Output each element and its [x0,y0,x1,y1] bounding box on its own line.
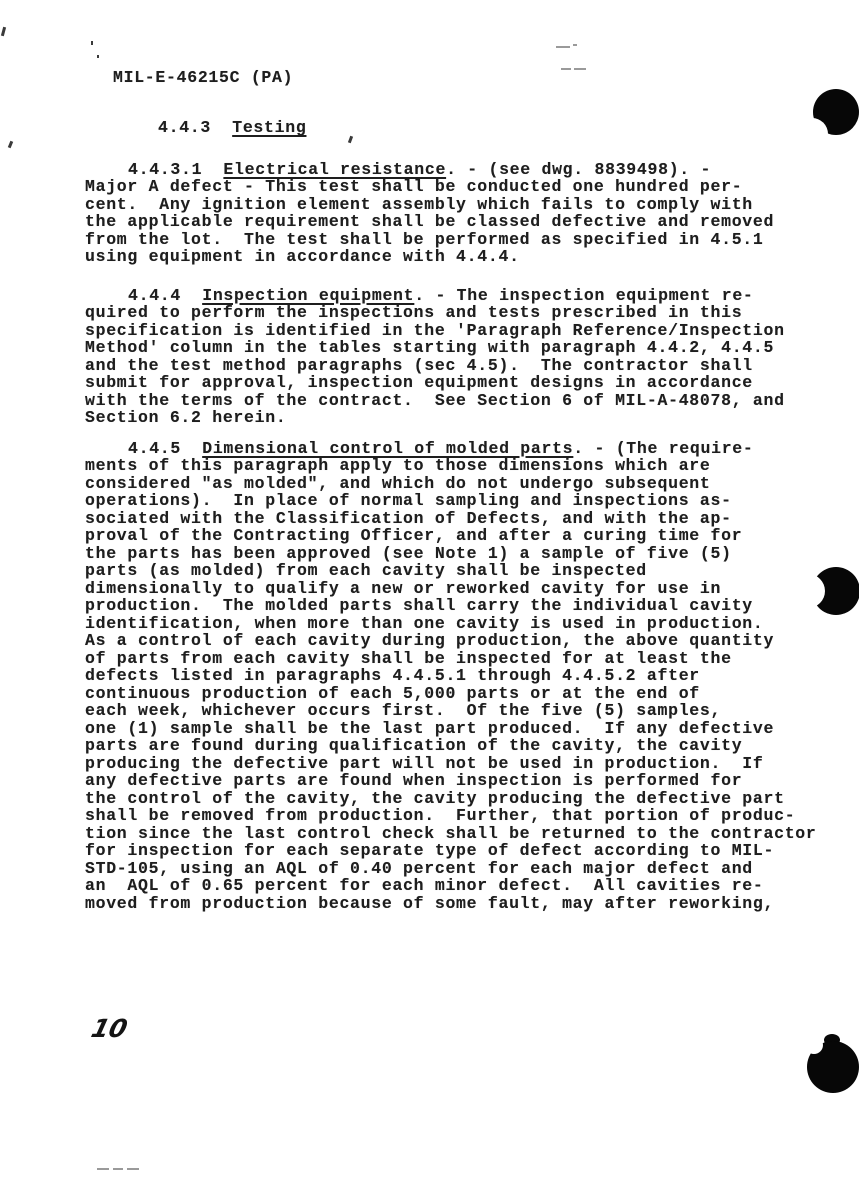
text-line: operations). In place of normal sampling… [85,492,859,510]
page-number: 10 [88,1014,130,1043]
text-line: specification is identified in the 'Para… [85,322,859,340]
text-line: from the lot. The test shall be performe… [85,231,859,249]
section-number: 4.4.4 [128,286,202,305]
scan-dash [574,68,586,70]
scan-speck [91,41,93,45]
text-line: the applicable requirement shall be clas… [85,213,859,231]
section-title: Electrical resistance [223,160,446,179]
text-line: any defective parts are found when inspe… [85,772,859,790]
punch-hole-bite [796,118,828,150]
document-body: 4.4.3 Testing4.4.3.1 Electrical resistan… [85,119,859,912]
section-title-suffix: . - The inspection equipment re- [414,286,753,305]
text-line: proval of the Contracting Officer, and a… [85,527,859,545]
text-line: moved from production because of some fa… [85,895,859,913]
section-heading-line: 4.4.3 Testing [85,119,859,137]
section-number: 4.4.3 [158,118,232,137]
text-line: for inspection for each separate type of… [85,842,859,860]
text-line: production. The molded parts shall carry… [85,597,859,615]
text-line: the control of the cavity, the cavity pr… [85,790,859,808]
scan-dash [561,68,571,70]
scanned-document-page: MIL-E-46215C (PA) 4.4.3 Testing4.4.3.1 E… [0,0,859,1177]
text-line: STD-105, using an AQL of 0.40 percent fo… [85,860,859,878]
section-heading-line: 4.4.4 Inspection equipment. - The inspec… [85,287,859,305]
punch-hole-bite [791,574,825,608]
section-title-suffix: . - (see dwg. 8839498). - [446,160,711,179]
section-heading-line: 4.4.5 Dimensional control of molded part… [85,440,859,458]
scan-dash [573,44,577,46]
section-paragraph: 4.4.4 Inspection equipment. - The inspec… [85,287,859,427]
text-line: quired to perform the inspections and te… [85,304,859,322]
document-id-header: MIL-E-46215C (PA) [113,68,293,87]
text-line: Method' column in the tables starting wi… [85,339,859,357]
text-line: with the terms of the contract. See Sect… [85,392,859,410]
text-line: submit for approval, inspection equipmen… [85,374,859,392]
text-line: tion since the last control check shall … [85,825,859,843]
scan-speck [8,141,13,149]
text-line: considered "as molded", and which do not… [85,475,859,493]
text-line: one (1) sample shall be the last part pr… [85,720,859,738]
text-line: ments of this paragraph apply to those d… [85,457,859,475]
text-line: cent. Any ignition element assembly whic… [85,196,859,214]
text-line: each week, whichever occurs first. Of th… [85,702,859,720]
text-line: defects listed in paragraphs 4.4.5.1 thr… [85,667,859,685]
text-line: the parts has been approved (see Note 1)… [85,545,859,563]
text-line: shall be removed from production. Furthe… [85,807,859,825]
section-title: Dimensional control of molded parts [202,439,573,458]
text-line: As a control of each cavity during produ… [85,632,859,650]
section-paragraph: 4.4.5 Dimensional control of molded part… [85,440,859,913]
text-line: using equipment in accordance with 4.4.4… [85,248,859,266]
text-line: Section 6.2 herein. [85,409,859,427]
text-line: an AQL of 0.65 percent for each minor de… [85,877,859,895]
scan-dash [97,1168,109,1170]
section-number: 4.4.3.1 [128,160,223,179]
text-line: parts (as molded) from each cavity shall… [85,562,859,580]
text-line: of parts from each cavity shall be inspe… [85,650,859,668]
scan-dash [127,1168,139,1170]
text-line: continuous production of each 5,000 part… [85,685,859,703]
scan-speck [97,55,99,58]
text-line: Major A defect - This test shall be cond… [85,178,859,196]
section-title-suffix: . - (The require- [573,439,753,458]
section-paragraph: 4.4.3 Testing [85,119,859,137]
section-number: 4.4.5 [128,439,202,458]
section-title: Inspection equipment [202,286,414,305]
text-line: identification, when more than one cavit… [85,615,859,633]
scan-dash [556,46,570,48]
text-line: parts are found during qualification of … [85,737,859,755]
section-paragraph: 4.4.3.1 Electrical resistance. - (see dw… [85,161,859,266]
text-line: and the test method paragraphs (sec 4.5)… [85,357,859,375]
section-title: Testing [232,118,306,137]
text-line: dimensionally to qualify a new or rework… [85,580,859,598]
scan-dash [113,1168,123,1170]
text-line: producing the defective part will not be… [85,755,859,773]
text-line: sociated with the Classification of Defe… [85,510,859,528]
section-heading-line: 4.4.3.1 Electrical resistance. - (see dw… [85,161,859,179]
scan-speck [1,27,6,36]
punch-hole-bite [805,1036,823,1054]
